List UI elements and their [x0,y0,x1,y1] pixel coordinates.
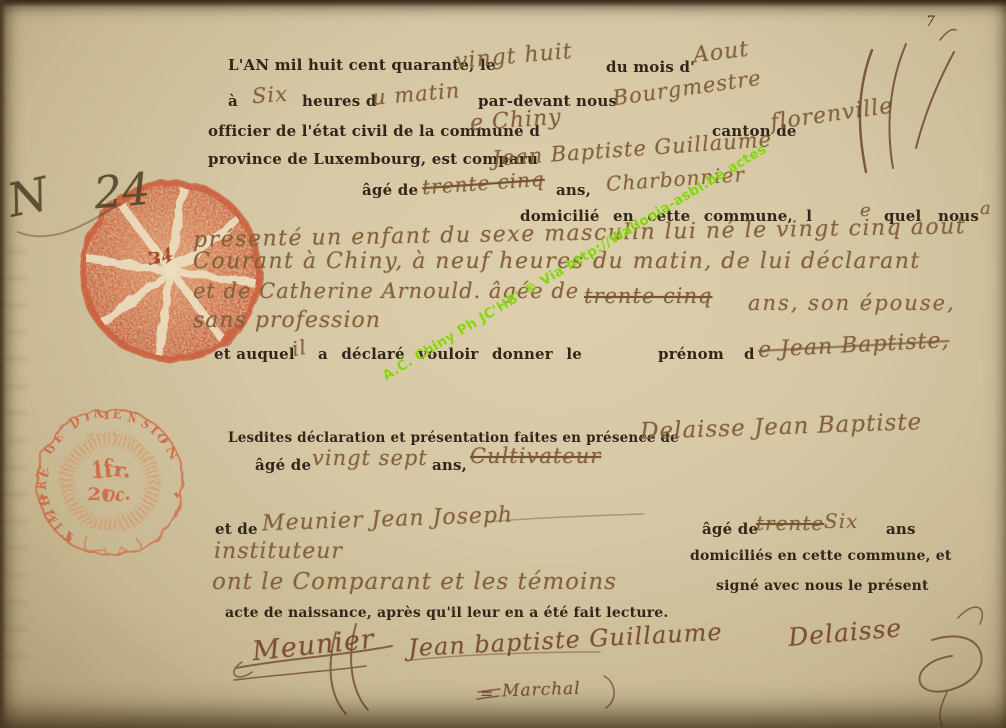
corner-mark: 7 [926,14,935,30]
top-right-pen-strokes [860,29,956,172]
scanned-birth-record-page: 34 TIMBRE DE DIMENSION 1fr. 20c. ✦ ✦ N 2… [0,0,1006,728]
declarant-signature-underline [412,652,600,660]
page-top-edge-shadow [0,0,1006,7]
joseph-trailing-dash [486,514,644,522]
registry-number-swash [18,204,120,236]
page-left-edge-shadow [0,0,6,728]
meunier-flourish [234,624,392,714]
officer-signature-marks [477,676,614,708]
delaisse-flourish [920,607,983,726]
pen-flourishes-layer: 7 [0,0,1006,728]
